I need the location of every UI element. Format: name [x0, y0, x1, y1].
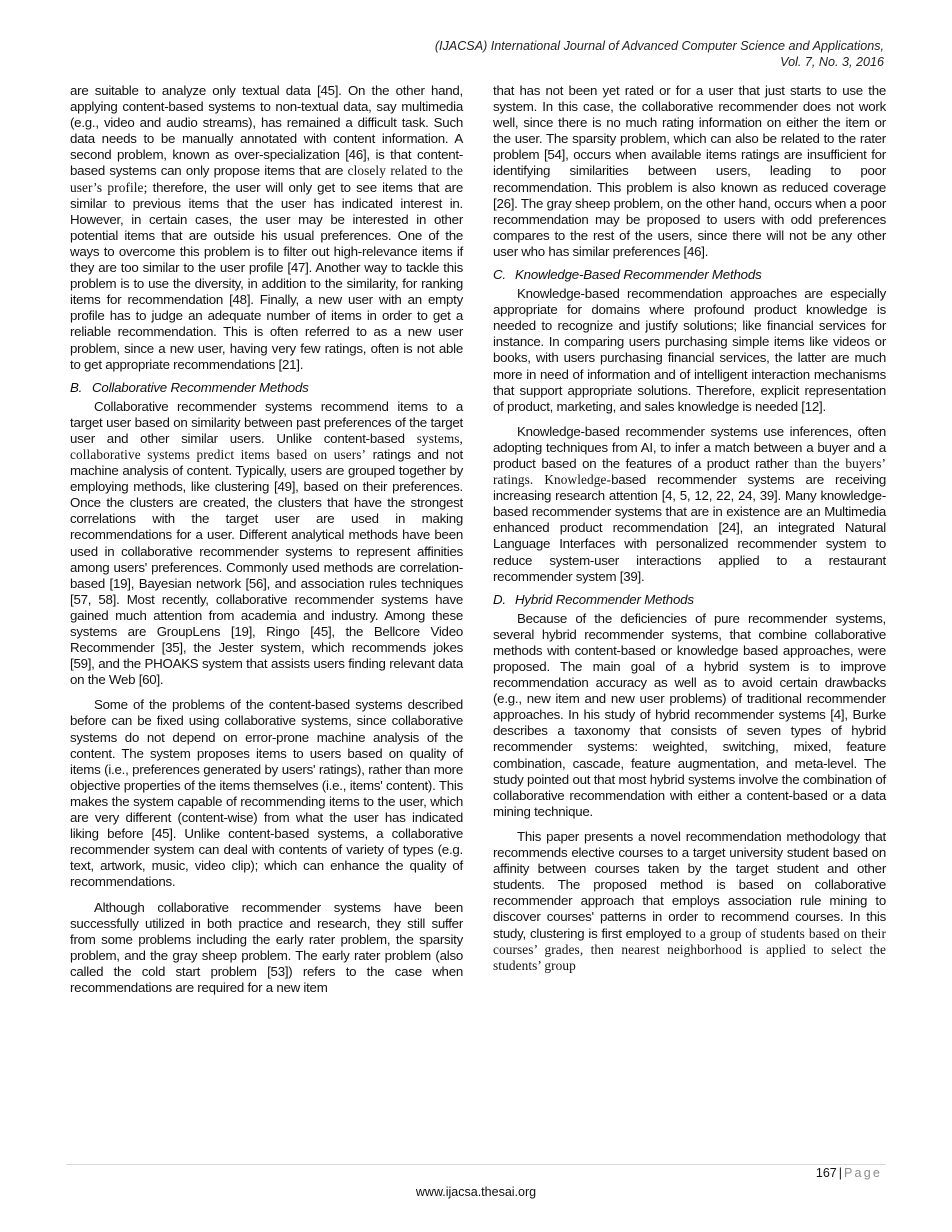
paragraph: are suitable to analyze only textual dat…: [70, 83, 463, 373]
page-number: 167|Page: [816, 1166, 882, 1180]
journal-volume: Vol. 7, No. 3, 2016: [435, 54, 884, 70]
paragraph: Because of the deficiencies of pure reco…: [493, 611, 886, 820]
right-column: that has not been yet rated or for a use…: [493, 83, 886, 974]
footer-url: www.ijacsa.thesai.org: [0, 1185, 952, 1199]
footer-divider: [66, 1164, 886, 1165]
paragraph: Knowledge-based recommender systems use …: [493, 424, 886, 585]
section-heading-collaborative: B.Collaborative Recommender Methods: [70, 380, 463, 396]
paragraph: Collaborative recommender systems recomm…: [70, 399, 463, 689]
running-header: (IJACSA) International Journal of Advanc…: [435, 38, 884, 70]
left-column: are suitable to analyze only textual dat…: [70, 83, 463, 996]
section-heading-hybrid: D.Hybrid Recommender Methods: [493, 592, 886, 608]
paragraph: Knowledge-based recommendation approache…: [493, 286, 886, 415]
journal-title: (IJACSA) International Journal of Advanc…: [435, 38, 884, 54]
paragraph: Although collaborative recommender syste…: [70, 900, 463, 997]
paragraph: that has not been yet rated or for a use…: [493, 83, 886, 260]
paragraph: Some of the problems of the content-base…: [70, 697, 463, 890]
paragraph: This paper presents a novel recommendati…: [493, 829, 886, 974]
section-heading-knowledge-based: C.Knowledge-Based Recommender Methods: [493, 267, 886, 283]
